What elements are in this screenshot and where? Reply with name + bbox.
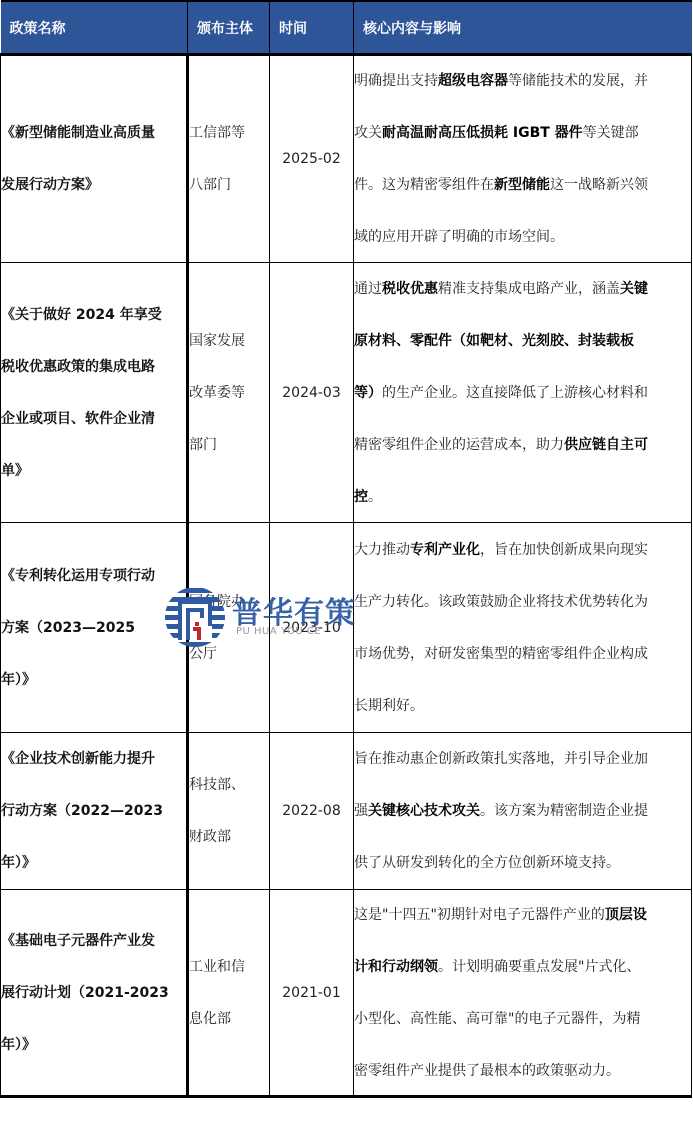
header-date: 时间 [270,1,354,55]
date-cell: 2024-03 [270,263,354,523]
emphasis-text: 税收优惠 [382,281,438,297]
emphasis-text: 等） [354,385,382,401]
publisher-line: 科技部、 [189,772,269,798]
table-row: 《新型储能制造业高质量发展行动方案》工信部等八部门2025-02明确提出支持超级… [1,55,692,263]
content-text: 。该方案为精密制造企业提 [480,803,648,819]
content-text: 攻关 [354,125,382,141]
policy-name-line: 方案（2023—2025 [1,615,186,641]
core-content-cell: 明确提出支持超级电容器等储能技术的发展，并攻关耐高温耐高压低损耗 IGBT 器件… [354,55,692,263]
policy-name-line: 《企业技术创新能力提升 [1,746,186,772]
emphasis-text: 超级电容器 [438,73,508,89]
date-cell: 2022-08 [270,733,354,890]
policy-name-line: 《新型储能制造业高质量 [1,120,186,146]
content-text: 等关键部 [583,125,639,141]
content-text: 旨在推动惠企创新政策扎实落地，并引导企业加 [354,751,648,767]
publisher-line: 工业和信 [189,954,269,980]
policy-name-cell: 《新型储能制造业高质量发展行动方案》 [1,55,188,263]
table-row: 《基础电子元器件产业发展行动计划（2021-2023年）》工业和信息化部2021… [1,890,692,1097]
core-content-cell: 大力推动专利产业化，旨在加快创新成果向现实生产力转化。该政策鼓励企业将技术优势转… [354,523,692,733]
publisher-line: 八部门 [189,172,269,198]
header-core-content: 核心内容与影响 [354,1,692,55]
content-text: 等储能技术的发展，并 [508,73,648,89]
publisher-line: 公厅 [189,641,269,667]
content-line: 小型化、高性能、高可靠"的电子元器件，为精 [354,1006,691,1032]
content-line: 强关键核心技术攻关。该方案为精密制造企业提 [354,798,691,824]
table-row: 《关于做好 2024 年享受税收优惠政策的集成电路企业或项目、软件企业清单》国家… [1,263,692,523]
publisher-cell: 科技部、财政部 [188,733,270,890]
content-text: 小型化、高性能、高可靠"的电子元器件，为精 [354,1011,640,1027]
policy-name-line: 发展行动方案》 [1,172,186,198]
content-text: 强 [354,803,368,819]
content-line: 原材料、零配件（如靶材、光刻胶、封装载板 [354,328,691,354]
emphasis-text: 顶层设 [605,907,647,923]
content-line: 明确提出支持超级电容器等储能技术的发展，并 [354,68,691,94]
content-line: 大力推动专利产业化，旨在加快创新成果向现实 [354,537,691,563]
policy-name-line: 单》 [1,458,186,484]
policy-name-line: 年）》 [1,850,186,876]
publisher-line: 工信部等 [189,120,269,146]
content-line: 供了从研发到转化的全方位创新环境支持。 [354,850,691,876]
content-text: 通过 [354,281,382,297]
table-row: 《专利转化运用专项行动方案（2023—2025年）》国务院办公厅2023-10大… [1,523,692,733]
content-text: 这是"十四五"初期针对电子元器件产业的 [354,907,605,923]
emphasis-text: 关键 [620,281,648,297]
emphasis-text: 供应链自主可 [564,437,648,453]
content-line: 精密零组件企业的运营成本，助力供应链自主可 [354,432,691,458]
emphasis-text: 专利产业化 [410,542,480,558]
publisher-line: 部门 [189,432,269,458]
content-line: 密零组件产业提供了最根本的政策驱动力。 [354,1058,691,1084]
publisher-line: 改革委等 [189,380,269,406]
content-text: 域的应用开辟了明确的市场空间。 [354,229,564,245]
policy-name-line: 年）》 [1,667,186,693]
content-line: 件。这为精密零组件在新型储能这一战略新兴领 [354,172,691,198]
policy-name-line: 《基础电子元器件产业发 [1,928,186,954]
content-text: 的生产企业。这直接降低了上游核心材料和 [382,385,648,401]
content-text: 明确提出支持 [354,73,438,89]
publisher-line: 国家发展 [189,328,269,354]
content-text: 密零组件产业提供了最根本的政策驱动力。 [354,1063,620,1079]
policy-name-line: 税收优惠政策的集成电路 [1,354,186,380]
content-text: 。 [368,489,382,505]
policy-name-cell: 《关于做好 2024 年享受税收优惠政策的集成电路企业或项目、软件企业清单》 [1,263,188,523]
policy-name-line: 行动方案（2022—2023 [1,798,186,824]
core-content-cell: 通过税收优惠精准支持集成电路产业，涵盖关键原材料、零配件（如靶材、光刻胶、封装载… [354,263,692,523]
policy-name-line: 《专利转化运用专项行动 [1,563,186,589]
publisher-cell: 国务院办公厅 [188,523,270,733]
publisher-cell: 国家发展改革委等部门 [188,263,270,523]
policy-name-cell: 《专利转化运用专项行动方案（2023—2025年）》 [1,523,188,733]
date-cell: 2021-01 [270,890,354,1097]
content-text: 市场优势，对研发密集型的精密零组件企业构成 [354,646,648,662]
content-text: ，旨在加快创新成果向现实 [480,542,648,558]
core-content-cell: 旨在推动惠企创新政策扎实落地，并引导企业加强关键核心技术攻关。该方案为精密制造企… [354,733,692,890]
content-line: 生产力转化。该政策鼓励企业将技术优势转化为 [354,589,691,615]
policy-table: 政策名称 颁布主体 时间 核心内容与影响 《新型储能制造业高质量发展行动方案》工… [0,0,692,1098]
emphasis-text: 耐高温耐高压低损耗 IGBT 器件 [382,125,583,141]
emphasis-text: 原材料、零配件（如靶材、光刻胶、封装载板 [354,333,634,349]
header-policy-name: 政策名称 [1,1,188,55]
table-row: 《企业技术创新能力提升行动方案（2022—2023年）》科技部、财政部2022-… [1,733,692,890]
content-text: 生产力转化。该政策鼓励企业将技术优势转化为 [354,594,648,610]
content-line: 市场优势，对研发密集型的精密零组件企业构成 [354,641,691,667]
policy-name-line: 《关于做好 2024 年享受 [1,302,186,328]
table-header-row: 政策名称 颁布主体 时间 核心内容与影响 [1,1,692,55]
policy-name-line: 展行动计划（2021-2023 [1,980,186,1006]
publisher-line: 息化部 [189,1006,269,1032]
emphasis-text: 控 [354,489,368,505]
content-line: 控。 [354,484,691,510]
policy-name-cell: 《企业技术创新能力提升行动方案（2022—2023年）》 [1,733,188,890]
content-text: 长期利好。 [354,698,424,714]
date-cell: 2023-10 [270,523,354,733]
content-text: 件。这为精密零组件在 [354,177,494,193]
emphasis-text: 关键核心技术攻关 [368,803,480,819]
content-line: 长期利好。 [354,693,691,719]
policy-name-line: 企业或项目、软件企业清 [1,406,186,432]
emphasis-text: 新型储能 [494,177,550,193]
policy-name-line: 年）》 [1,1032,186,1058]
policy-name-cell: 《基础电子元器件产业发展行动计划（2021-2023年）》 [1,890,188,1097]
content-text: 大力推动 [354,542,410,558]
emphasis-text: 计和行动纲领 [354,959,438,975]
header-publisher: 颁布主体 [188,1,270,55]
content-line: 计和行动纲领。计划明确要重点发展"片式化、 [354,954,691,980]
content-text: 这一战略新兴领 [550,177,648,193]
content-text: 精准支持集成电路产业，涵盖 [438,281,620,297]
publisher-line: 财政部 [189,824,269,850]
content-line: 这是"十四五"初期针对电子元器件产业的顶层设 [354,902,691,928]
content-line: 攻关耐高温耐高压低损耗 IGBT 器件等关键部 [354,120,691,146]
publisher-line: 国务院办 [189,589,269,615]
content-line: 等）的生产企业。这直接降低了上游核心材料和 [354,380,691,406]
date-cell: 2025-02 [270,55,354,263]
content-text: 供了从研发到转化的全方位创新环境支持。 [354,855,620,871]
content-line: 旨在推动惠企创新政策扎实落地，并引导企业加 [354,746,691,772]
content-line: 域的应用开辟了明确的市场空间。 [354,224,691,250]
content-text: 精密零组件企业的运营成本，助力 [354,437,564,453]
publisher-cell: 工信部等八部门 [188,55,270,263]
core-content-cell: 这是"十四五"初期针对电子元器件产业的顶层设计和行动纲领。计划明确要重点发展"片… [354,890,692,1097]
content-text: 。计划明确要重点发展"片式化、 [438,959,640,975]
content-line: 通过税收优惠精准支持集成电路产业，涵盖关键 [354,276,691,302]
publisher-cell: 工业和信息化部 [188,890,270,1097]
